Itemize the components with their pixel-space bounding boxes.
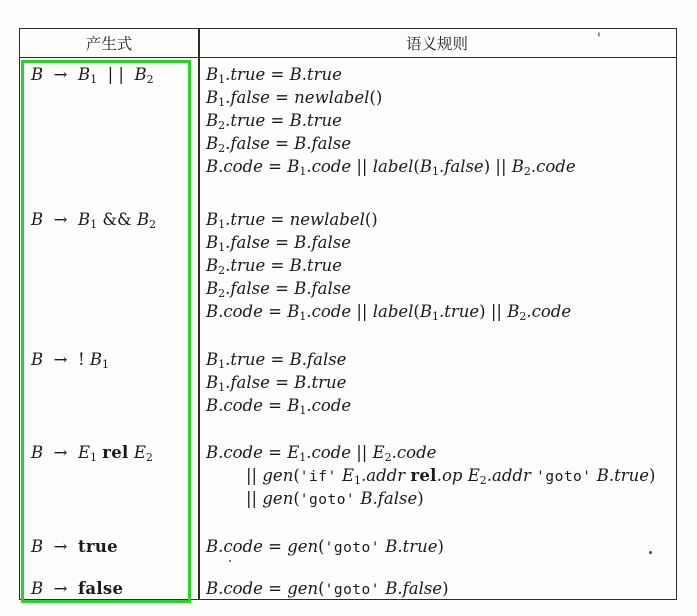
text-token: rel <box>102 443 128 462</box>
production-cell: B → B1 | | B2 <box>20 63 198 178</box>
text-token: label <box>373 302 414 321</box>
text-token: B <box>206 350 218 369</box>
text-token: B <box>31 537 43 556</box>
rules-cell: B.code = gen('goto' B.true) <box>198 535 676 558</box>
text-token: true <box>78 537 118 556</box>
rule-line: || gen('goto' B.false) <box>206 487 676 510</box>
text-token: || <box>246 466 262 485</box>
text-token: .code <box>531 157 576 176</box>
text-token: → <box>43 537 78 556</box>
production-text: B → ! B1 <box>31 348 198 371</box>
text-token: E <box>287 443 299 462</box>
text-token: B <box>206 134 218 153</box>
text-token: → <box>43 579 78 598</box>
text-token: 'goto' <box>300 492 355 508</box>
text-token: 1 <box>102 358 109 371</box>
text-token: 1 <box>90 451 97 464</box>
text-token: .true <box>225 350 265 369</box>
rule-line: B2.false = B.false <box>206 277 676 300</box>
text-token: = <box>270 373 294 392</box>
text-token: B <box>31 65 43 84</box>
text-token: rel <box>410 466 436 485</box>
rules-cell: B1.true = B.falseB1.false = B.trueB.code… <box>198 348 676 417</box>
production-text: B → true <box>31 535 198 558</box>
rule-line: B1.true = newlabel() <box>206 208 676 231</box>
text-token: .code <box>306 302 351 321</box>
text-token: B <box>206 373 218 392</box>
text-token: .code <box>306 157 351 176</box>
production-text: B → B1 | | B2 <box>31 63 198 86</box>
table-header-row: 产生式 语义规则 <box>20 29 676 58</box>
table-row: B → falseB.code = gen('goto' B.false) <box>20 577 676 600</box>
rule-line: B1.false = newlabel() <box>206 86 676 109</box>
text-token: B.code <box>206 157 263 176</box>
table-row: B → E1 rel E2B.code = E1.code || E2.code… <box>20 441 676 510</box>
text-token: B <box>31 443 43 462</box>
table-row: B → B1 | | B2B1.true = B.trueB1.false = … <box>20 63 676 178</box>
text-token: .code <box>526 302 571 321</box>
text-token: B <box>512 157 524 176</box>
text-token: B.false <box>294 233 351 252</box>
text-token: || <box>351 157 373 176</box>
rule-line: B.code = gen('goto' B.true) <box>206 535 676 558</box>
text-token: = <box>265 256 289 275</box>
text-token: .false <box>439 157 484 176</box>
text-token: B <box>507 302 519 321</box>
text-token: 'goto' <box>325 540 380 556</box>
table-row: B → ! B1B1.true = B.falseB1.false = B.tr… <box>20 348 676 417</box>
text-token: B.true <box>290 111 342 130</box>
text-token: gen <box>262 489 293 508</box>
text-token: B <box>31 579 43 598</box>
text-token: B <box>206 111 218 130</box>
text-token: B <box>206 65 218 84</box>
text-token: B.false <box>294 279 351 298</box>
text-token: .code <box>306 443 351 462</box>
text-token: B.code <box>206 579 263 598</box>
text-token: 2 <box>149 218 156 231</box>
rule-line: B1.false = B.false <box>206 231 676 254</box>
text-token: 2 <box>385 451 392 464</box>
rule-line: B1.true = B.false <box>206 348 676 371</box>
text-token: B.true <box>290 65 342 84</box>
rule-line: B2.true = B.true <box>206 254 676 277</box>
text-token: B.true <box>294 373 346 392</box>
text-token: .addr <box>487 466 531 485</box>
text-token: newlabel <box>294 88 369 107</box>
text-token: || <box>351 302 373 321</box>
text-token: .code <box>392 443 437 462</box>
scan-speck <box>229 560 231 562</box>
rules-cell: B.code = E1.code || E2.code|| gen('if' E… <box>198 441 676 510</box>
production-text: B → B1 && B2 <box>31 208 198 231</box>
text-token: 1 <box>432 165 439 178</box>
text-token: B.false <box>360 489 417 508</box>
text-token: B <box>287 396 299 415</box>
rule-line: B.code = gen('goto' B.false) <box>206 577 676 600</box>
text-token: B.true <box>385 537 437 556</box>
text-token: .false <box>225 134 270 153</box>
text-token: E <box>373 443 385 462</box>
text-token: = <box>270 279 294 298</box>
table-row: B → B1 && B2B1.true = newlabel()B1.false… <box>20 208 676 323</box>
text-token: B.true <box>290 256 342 275</box>
rule-line: B.code = E1.code || E2.code <box>206 441 676 464</box>
text-token: = <box>263 302 287 321</box>
text-token: 'if' <box>300 469 337 485</box>
text-token: 1 <box>354 474 361 487</box>
text-token: B.code <box>206 302 263 321</box>
text-token: label <box>373 157 414 176</box>
text-token: B <box>287 157 299 176</box>
text-token: 2 <box>146 451 153 464</box>
text-token: = <box>263 157 287 176</box>
text-token: = <box>263 537 287 556</box>
rules-cell: B.code = gen('goto' B.false) <box>198 577 676 600</box>
text-token: 2 <box>147 73 154 86</box>
text-token: E <box>78 443 90 462</box>
text-token: B.false <box>385 579 442 598</box>
text-token: newlabel <box>290 210 365 229</box>
text-token: gen <box>262 466 293 485</box>
text-token: B <box>134 65 146 84</box>
text-token: → <box>43 443 78 462</box>
rule-line: B2.true = B.true <box>206 109 676 132</box>
text-token: → <box>43 65 78 84</box>
text-token: B <box>206 233 218 252</box>
text-token: ) || <box>484 157 512 176</box>
text-token: = <box>270 134 294 153</box>
text-token: E <box>342 466 354 485</box>
text-token: ) <box>438 537 444 556</box>
rules-cell: B1.true = newlabel()B1.false = B.falseB2… <box>198 208 676 323</box>
text-token: = <box>265 65 289 84</box>
text-token: .op <box>437 466 463 485</box>
column-header-semantic-rules: 语义规则 <box>198 29 676 57</box>
text-token: = <box>265 350 289 369</box>
text-token: E <box>468 466 480 485</box>
text-token: = <box>263 396 287 415</box>
text-token: = <box>263 443 287 462</box>
text-token: () <box>365 210 378 229</box>
text-token: .false <box>225 373 270 392</box>
rules-cell: B1.true = B.trueB1.false = newlabel()B2.… <box>198 63 676 178</box>
text-token: B <box>287 302 299 321</box>
text-token: B.code <box>206 537 263 556</box>
text-token: E <box>134 443 146 462</box>
rule-line: B.code = B1.code || label(B1.true) || B2… <box>206 300 676 323</box>
text-token: ) <box>417 489 423 508</box>
text-token: B.true <box>597 466 649 485</box>
text-token: | | <box>97 65 134 84</box>
text-token: = <box>270 233 294 252</box>
text-token: B.code <box>206 396 263 415</box>
rule-line: || gen('if' E1.addr rel.op E2.addr 'goto… <box>206 464 676 487</box>
text-token: = <box>263 579 287 598</box>
text-token: ) || <box>479 302 507 321</box>
text-token: || <box>351 443 373 462</box>
text-token: B <box>31 350 43 369</box>
text-token: B.false <box>290 350 347 369</box>
text-token: ) <box>649 466 655 485</box>
production-cell: B → false <box>20 577 198 600</box>
text-token: .false <box>225 88 270 107</box>
text-token: gen <box>287 579 318 598</box>
text-token: B.code <box>206 443 263 462</box>
text-token: B <box>90 350 102 369</box>
text-token: B <box>206 279 218 298</box>
text-token: B <box>78 210 90 229</box>
text-token: false <box>78 579 123 598</box>
production-cell: B → true <box>20 535 198 558</box>
text-token: .code <box>306 396 351 415</box>
text-token: B <box>206 88 218 107</box>
text-token: && <box>97 210 137 229</box>
production-cell: B → ! B1 <box>20 348 198 417</box>
production-cell: B → E1 rel E2 <box>20 441 198 510</box>
text-token: .true <box>225 256 265 275</box>
text-token: → <box>43 350 78 369</box>
rule-line: B.code = B1.code || label(B1.false) || B… <box>206 155 676 178</box>
text-token: .true <box>225 65 265 84</box>
text-token: .true <box>225 111 265 130</box>
text-token: 'goto' <box>325 582 380 598</box>
text-token: → <box>43 210 78 229</box>
scan-speck <box>649 551 652 554</box>
text-token: B <box>420 302 432 321</box>
scan-artifact-mark: ' <box>597 31 601 47</box>
semantic-rules-table: 产生式 语义规则 B → B1 | | B2B1.true = B.trueB1… <box>19 28 677 600</box>
text-token: B <box>31 210 43 229</box>
text-token: B <box>206 210 218 229</box>
rule-line: B1.false = B.true <box>206 371 676 394</box>
text-token: = <box>265 210 289 229</box>
text-token: 2 <box>480 474 487 487</box>
text-token: .false <box>225 233 270 252</box>
text-token: = <box>270 88 294 107</box>
text-token: 1 <box>432 310 439 323</box>
text-token: = <box>265 111 289 130</box>
rule-line: B2.false = B.false <box>206 132 676 155</box>
text-token: .true <box>439 302 479 321</box>
text-token: B <box>78 65 90 84</box>
production-cell: B → B1 && B2 <box>20 208 198 323</box>
text-token: .false <box>225 279 270 298</box>
column-divider-line <box>198 29 200 599</box>
production-text: B → false <box>31 577 198 600</box>
text-token: 'goto' <box>536 469 591 485</box>
column-header-production: 产生式 <box>20 29 198 57</box>
text-token: ! <box>78 350 90 369</box>
text-token: () <box>369 88 382 107</box>
text-token: .addr <box>361 466 405 485</box>
text-token: B.false <box>294 134 351 153</box>
table-body: B → B1 | | B2B1.true = B.trueB1.false = … <box>20 58 676 600</box>
text-token: ) <box>442 579 448 598</box>
text-token: B <box>206 256 218 275</box>
text-token: || <box>246 489 262 508</box>
text-token: B <box>137 210 149 229</box>
text-token: .true <box>225 210 265 229</box>
table-row: B → trueB.code = gen('goto' B.true) <box>20 535 676 558</box>
rule-line: B1.true = B.true <box>206 63 676 86</box>
text-token: gen <box>287 537 318 556</box>
text-token: 2 <box>524 165 531 178</box>
production-text: B → E1 rel E2 <box>31 441 198 464</box>
text-token: B <box>420 157 432 176</box>
rule-line: B.code = B1.code <box>206 394 676 417</box>
scanned-page: 产生式 语义规则 B → B1 | | B2B1.true = B.trueB1… <box>0 0 697 616</box>
